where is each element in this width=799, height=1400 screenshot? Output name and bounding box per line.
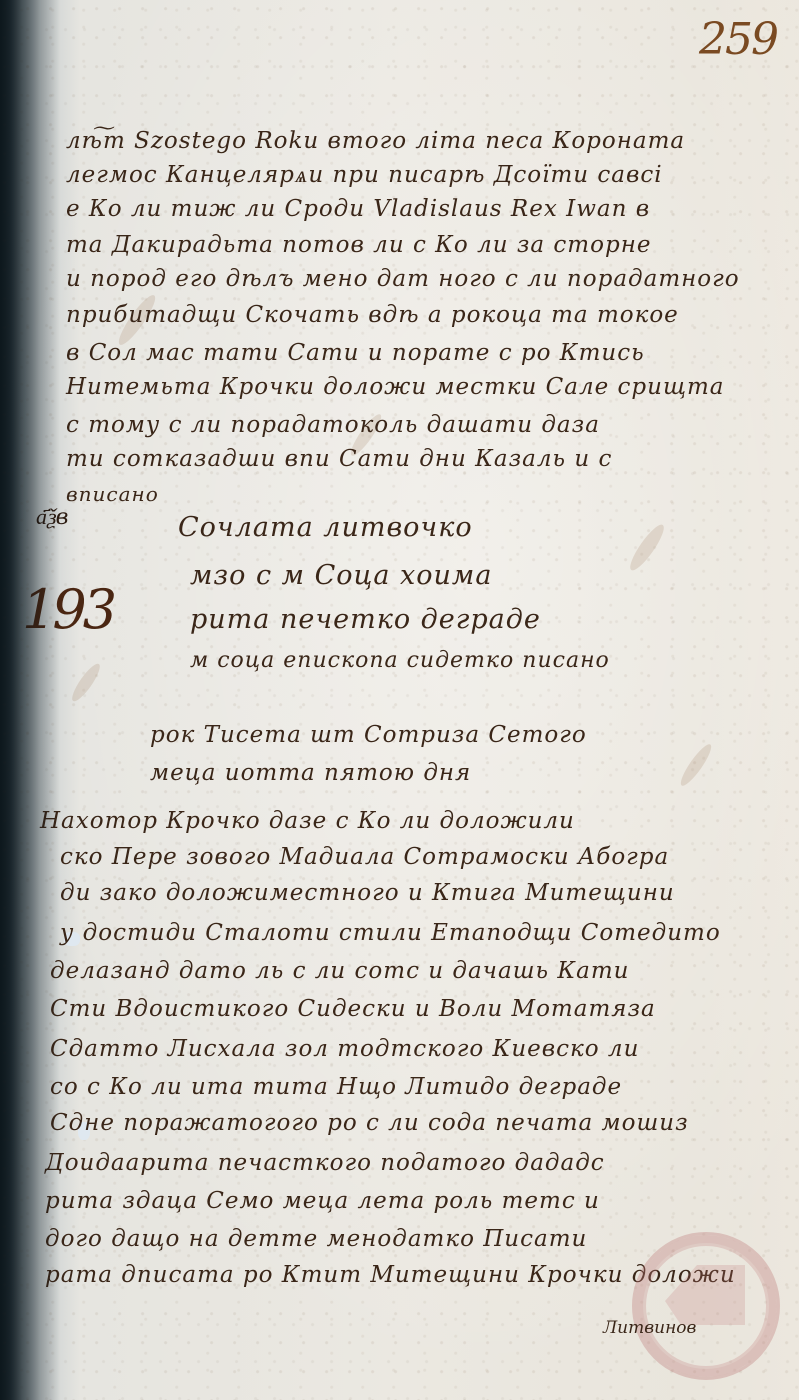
text-line: рата дписата ро Ктит Митещини Крочки дол…: [45, 1262, 736, 1288]
text-line: у достиди Сталоти стили Етаподщи Сотедит…: [60, 920, 721, 946]
text-line: Нитемьта Крочки доложи местки Сале срищт…: [66, 374, 725, 400]
text-line: Доидаарита печасткого податого дададс: [45, 1150, 605, 1176]
text-line: вписано: [66, 482, 159, 506]
text-line: та Дакирадьта потов ли с Ко ли за сторне: [66, 232, 651, 258]
text-line: Сдне поражатогого ро с ли сода печата мо…: [50, 1110, 689, 1136]
text-line: ди зако доложиместного и Ктига Митещини: [60, 880, 675, 906]
heading-line: мзо с м Соца хоима: [190, 560, 492, 591]
text-line: легмос Канцелярѧи при писарѣ Дсоїти савс…: [66, 162, 663, 188]
text-line: со с Ко ли ита тита Нщо Литидо деграде: [50, 1074, 622, 1100]
margin-entry-number: 193: [22, 578, 113, 641]
manuscript-page: 259 лѣ͠т Szostego Roku втого літа песа К…: [0, 0, 799, 1400]
text-line: в Сол мас тати Сати и порате с ро Ктись: [66, 340, 645, 366]
text-line: Сти Вдоистикого Сидески и Воли Мотатяза: [50, 996, 656, 1022]
text-line: ти сотказадши впи Сати дни Казаль и с: [66, 446, 612, 472]
signature: Литвинов: [603, 1318, 696, 1338]
ink-stain: [625, 521, 668, 574]
text-line: с тому с ли порадатоколь дашати даза: [66, 412, 600, 438]
text-line: е Ко ли тиж ли Сроди Vladislaus Rex Iwan…: [66, 196, 650, 222]
text-line: рита здаца Семо меца лета роль тетс и: [45, 1188, 600, 1214]
heading-line: м соца епископа сидетко писано: [190, 648, 610, 673]
ink-stain: [68, 661, 104, 705]
heading-line: Сочлата литвочко: [178, 512, 473, 543]
heading-line: рита печетко деграде: [190, 604, 541, 635]
archive-stamp: [632, 1232, 780, 1380]
text-line: ско Пере зового Мадиала Сотрамоски Абогр…: [60, 844, 669, 870]
text-line: рок Тисета шт Сотриза Сетого: [150, 722, 587, 748]
text-line: Сдатто Лисхала зол тодтского Киевско ли: [50, 1036, 639, 1062]
text-line: дого дащо на детте менодатко Писати: [45, 1226, 587, 1252]
text-line: лѣ͠т Szostego Roku втого літа песа Корон…: [66, 128, 685, 154]
text-line: Нахотор Крочко дазе с Ко ли доложили: [40, 808, 575, 834]
text-line: и пород его дѣлъ мено дат ного с ли пора…: [66, 266, 740, 292]
ink-stain: [677, 741, 716, 789]
folio-number: 259: [699, 14, 777, 65]
text-line: меца иотта пятою дня: [150, 760, 471, 786]
text-line: делазанд дато ль с ли сотс и дачашь Кати: [50, 958, 629, 984]
margin-abbreviation: а҃ѯв: [36, 505, 68, 531]
stamp-emblem: [665, 1265, 745, 1325]
text-line: прибитадщи Скочать вдѣ а рокоца та токое: [66, 302, 679, 328]
